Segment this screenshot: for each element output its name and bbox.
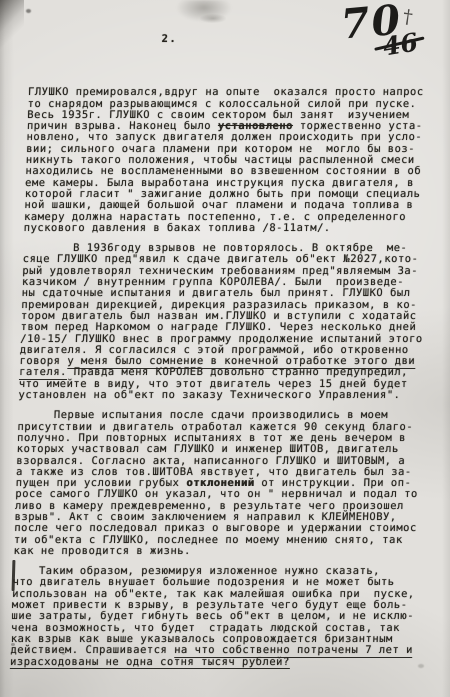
text-segment: что двигатель внушает большие подозрения… bbox=[12, 576, 394, 588]
pen-cross-mark: † bbox=[402, 5, 414, 28]
text-segment: ливо в камеру преждевременно, в результа… bbox=[15, 500, 404, 512]
text-segment: после чего последовал приказ о выговоре … bbox=[14, 522, 417, 534]
text-segment: рый удовлетворял техническим требованиям… bbox=[22, 265, 418, 277]
document-body: ГЛУШКО премировался,вдруг на опыте оказа… bbox=[10, 87, 450, 668]
text-line: израсходованы не одна сотня тысяч рублей… bbox=[10, 657, 440, 668]
text-segment: пускового давления в баках топлива /8-11… bbox=[24, 222, 331, 234]
text-segment: камеру должна нарастать постепенно, т.е.… bbox=[24, 211, 406, 223]
text-segment: сяце ГЛУШКО пред"явил к сдаче двигатель … bbox=[23, 253, 419, 265]
text-segment: еме камеры. Была выработана инструкция п… bbox=[25, 177, 414, 189]
text-segment: взрыв". Акт с своим заключением я направ… bbox=[14, 511, 396, 523]
paragraph: Первые испытания после сдачи производили… bbox=[13, 410, 448, 557]
text-line: установлен на об"ект по заказу Техническ… bbox=[18, 390, 448, 401]
text-segment: вии; сильного очага пламени при котором … bbox=[26, 143, 415, 155]
text-segment: ГЛУШКО премировался,вдруг на опыте оказа… bbox=[28, 86, 424, 98]
paragraph: В 1936году взрывов не повторялось. В окт… bbox=[18, 243, 450, 401]
ink-speck bbox=[26, 9, 31, 13]
text-line: как не проводится в жизнь. bbox=[13, 546, 443, 557]
text-segment: причин взрыва. Наконец было bbox=[27, 120, 218, 132]
text-segment: росе самого ГЛУШКО он указал, что он " н… bbox=[15, 488, 418, 500]
text-segment: премирован дирекцией, дирекция разразила… bbox=[21, 299, 417, 311]
text-segment: шие затраты, будет гибнуть весь об"ект в… bbox=[11, 610, 414, 622]
text-segment: использован на об"екте, так как малейшая… bbox=[12, 588, 415, 600]
stamp-smudge bbox=[200, 14, 226, 23]
text-segment: новлено, что запуск двигателя должен про… bbox=[26, 131, 422, 143]
text-segment: Правда меня КОРОЛЕВ довольно странно пре… bbox=[67, 366, 408, 378]
text-segment: ти об"екта с ГЛУШКО, последнее по моему … bbox=[14, 534, 403, 546]
text-segment: ной шашки, дающей большой очаг пламени и… bbox=[24, 199, 413, 211]
text-line: действием. Спрашивается на что собственн… bbox=[10, 645, 440, 656]
text-segment: находились не воспламененными во взвешен… bbox=[25, 165, 421, 177]
text-segment: Первые испытания после сдачи производили… bbox=[54, 409, 389, 421]
text-segment: действием. Спрашивается bbox=[10, 644, 174, 656]
text-segment: как не проводится в жизнь. bbox=[13, 545, 191, 557]
text-segment: которых участвовал сам ГЛУШКО и инженер … bbox=[17, 443, 399, 455]
text-segment: /10-15/ ГЛУШКО внес в программу продолже… bbox=[20, 333, 423, 345]
text-segment: твом перед Наркомом о награде ГЛУШКО. Че… bbox=[20, 321, 416, 333]
typed-page-number: 2. bbox=[161, 34, 450, 45]
paragraph: ГЛУШКО премировался,вдруг на опыте оказа… bbox=[24, 87, 450, 234]
corner-stain bbox=[0, 0, 24, 50]
text-segment: то снарядом разрывающимся с колоссальной… bbox=[27, 98, 416, 110]
underlined-text: израсходованы не одна сотня тысяч рублей… bbox=[10, 656, 290, 670]
text-segment: а также из слов тов.ШИТОВА явствует, что… bbox=[16, 466, 412, 478]
struck-text: установлено bbox=[218, 120, 293, 132]
scanned-page: 70 46 † 2. ГЛУШКО премировался,вдруг на … bbox=[0, 0, 450, 697]
text-segment: взорвался. Согласно акта, написанного ГЛ… bbox=[16, 455, 405, 467]
text-segment: чена возможность, что будет страдать люд… bbox=[11, 622, 400, 634]
text-segment: торжественно уста- bbox=[293, 120, 423, 132]
text-segment: присутствии и двигатель отработал кажетс… bbox=[17, 421, 413, 433]
text-segment: что имейте в виду, что этот двигатель че… bbox=[19, 378, 408, 390]
text-line: пускового давления в баках топлива /8-11… bbox=[24, 223, 450, 234]
text-segment: установлен на об"ект по заказу Техническ… bbox=[18, 389, 400, 401]
paragraph: Таким образом, резюмируя изложенное нужн… bbox=[10, 566, 443, 668]
typewritten-text-block: 2. ГЛУШКО премировался,вдруг на опыте ок… bbox=[10, 28, 450, 668]
text-segment: ны сдаточные испытания и двигатель был п… bbox=[21, 287, 410, 299]
